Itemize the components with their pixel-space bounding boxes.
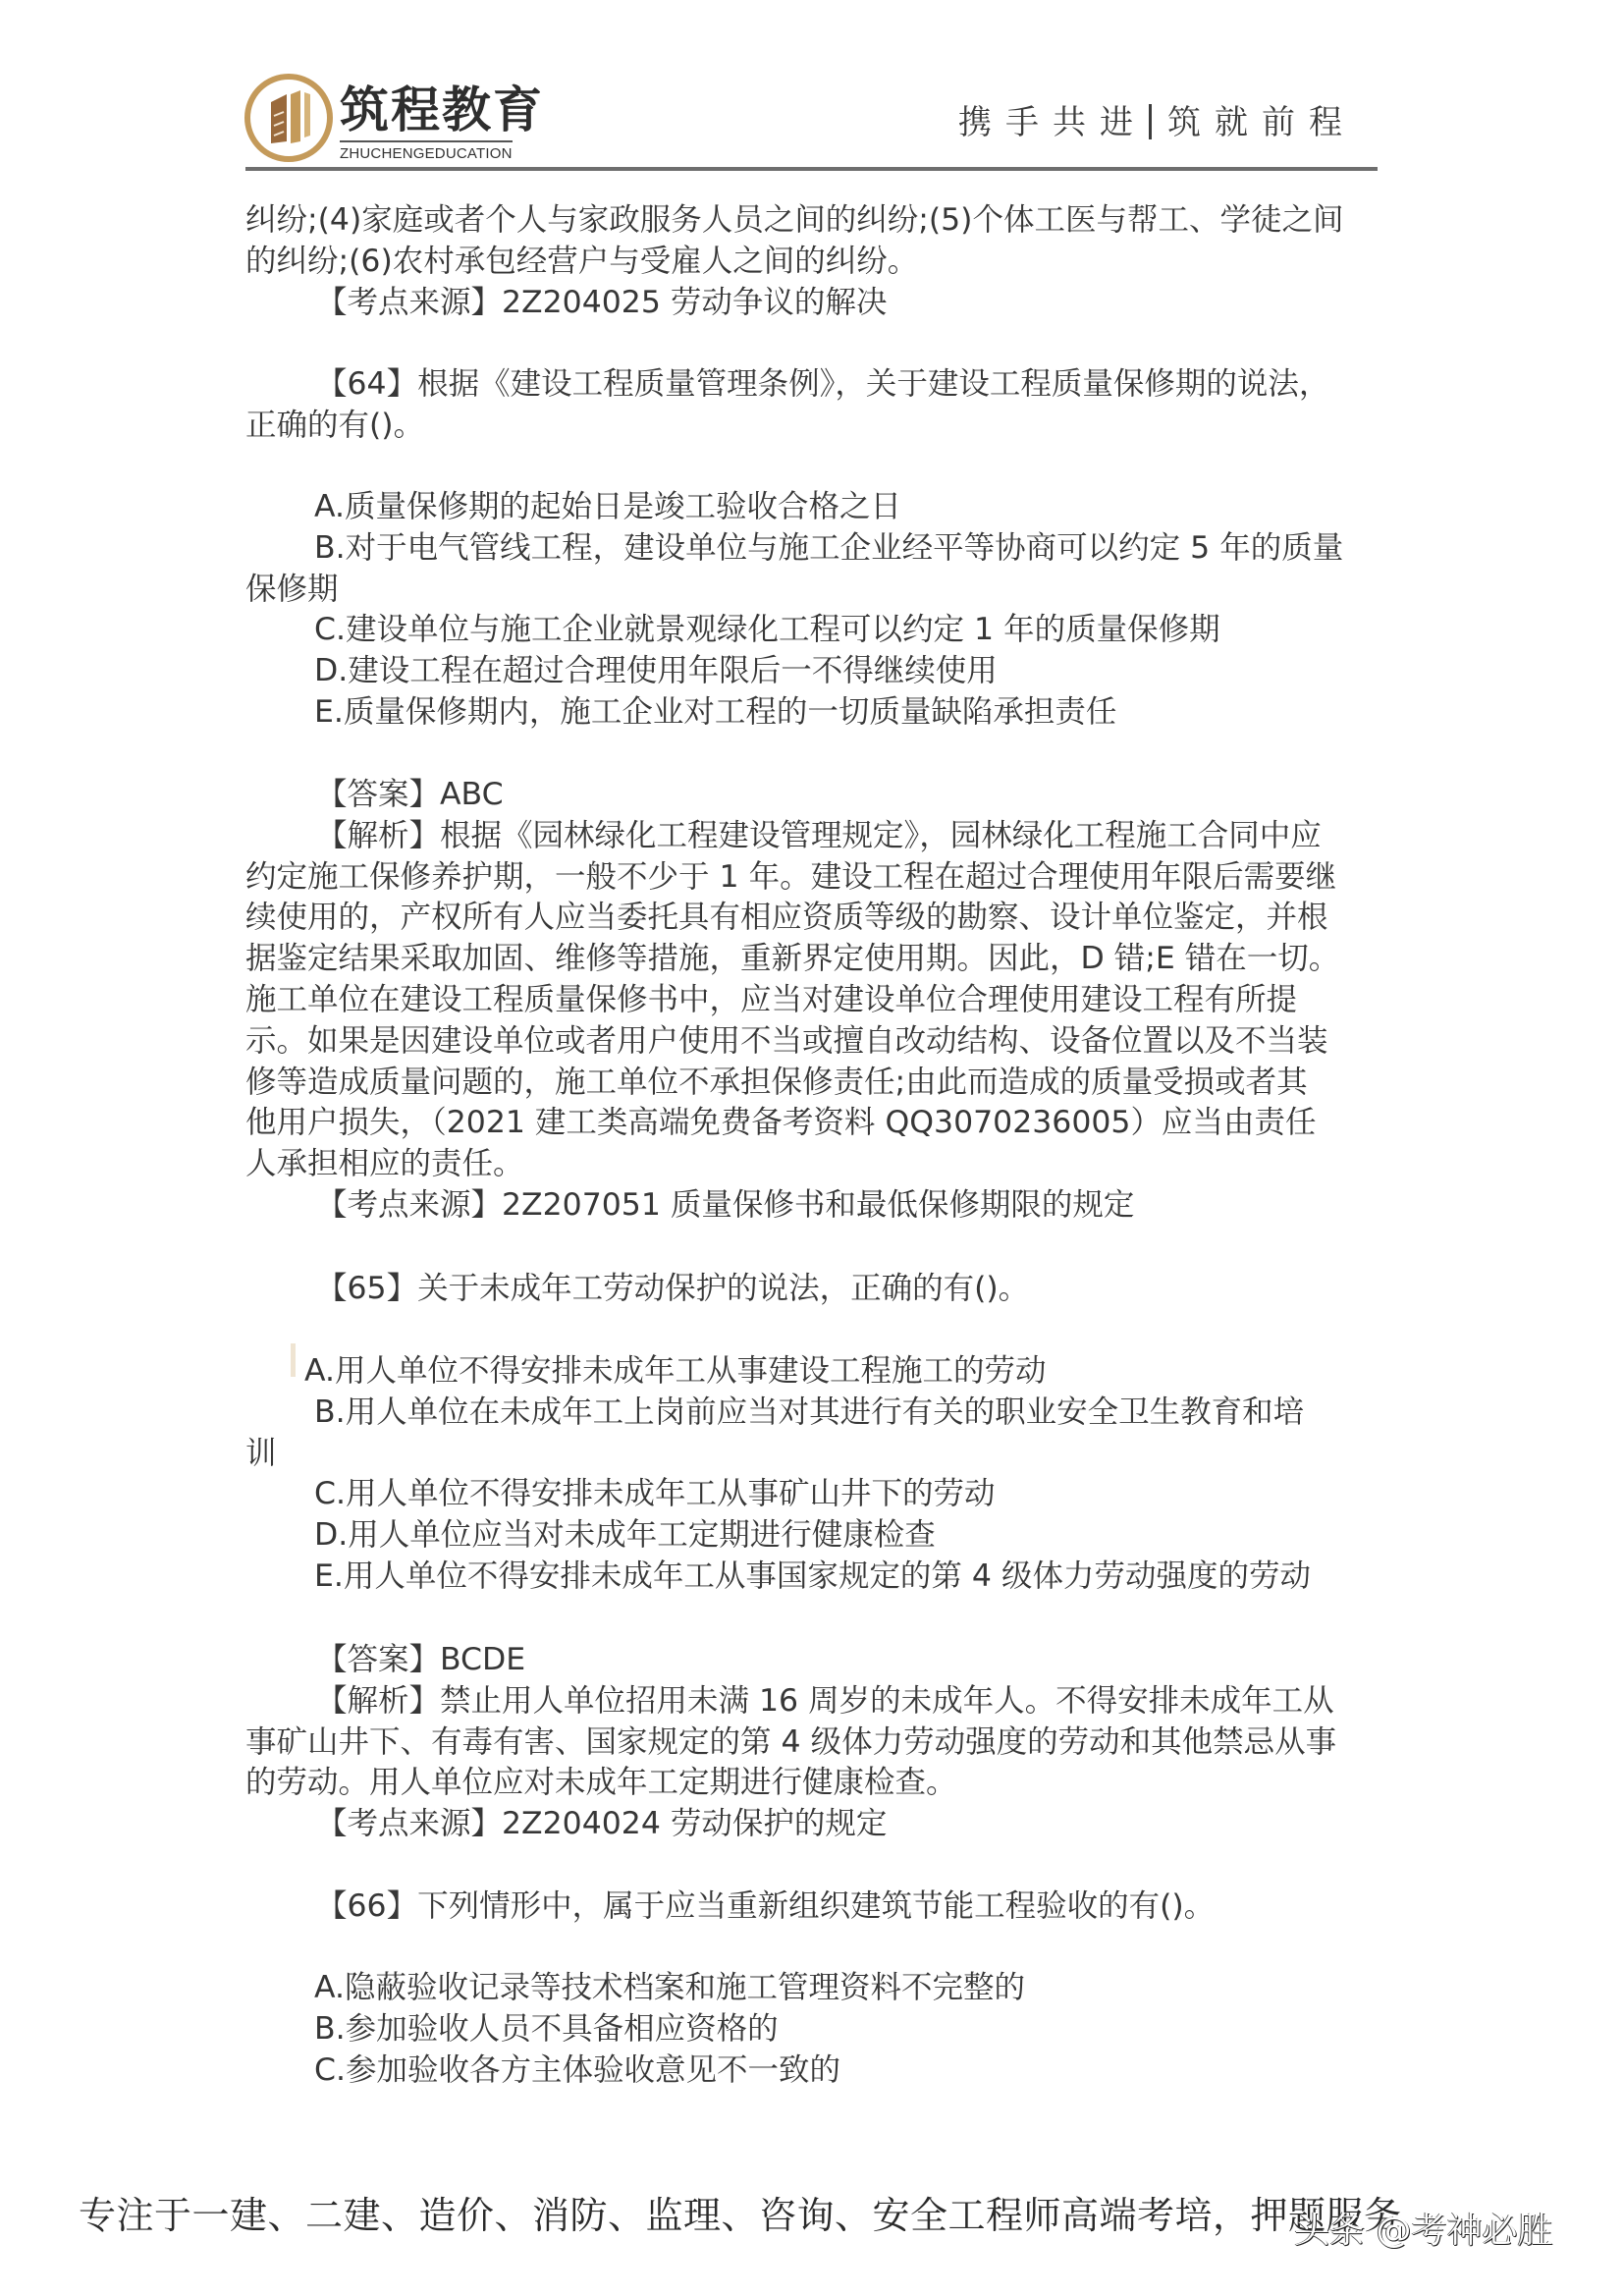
option-e: E.用人单位不得安排未成年工从事国家规定的第 4 级体力劳动强度的劳动 xyxy=(245,1557,1394,1598)
answer-line: 【答案】ABC xyxy=(245,775,1394,816)
text-line: 的纠纷;(6)农村承包经营户与受雇人之间的纠纷。 xyxy=(245,242,1394,283)
question-64-options: A.质量保修期的起始日是竣工验收合格之日 B.对于电气管线工程，建设单位与施工企… xyxy=(245,487,1394,734)
analysis-line: 修等造成质量问题的，施工单位不承担保修责任;由此而造成的质量受损或者其 xyxy=(245,1063,1394,1104)
analysis-line: 据鉴定结果采取加固、维修等措施，重新界定使用期。因此，D 错;E 错在一切。 xyxy=(245,939,1394,980)
option-c: C.参加验收各方主体验收意见不一致的 xyxy=(245,2050,1394,2092)
analysis-line: 示。如果是因建设单位或者用户使用不当或擅自改动结构、设备位置以及不当装 xyxy=(245,1021,1394,1063)
intro-paragraph: 纠纷;(4)家庭或者个人与家政服务人员之间的纠纷;(5)个体工医与帮工、学徒之间… xyxy=(245,200,1394,323)
option-c: C.用人单位不得安排未成年工从事矿山井下的劳动 xyxy=(245,1474,1394,1515)
tagline-left: 携手共进 xyxy=(958,103,1147,142)
source-line: 【考点来源】2Z207051 质量保修书和最低保修期限的规定 xyxy=(245,1185,1394,1227)
analysis-line: 【解析】根据《园林绿化工程建设管理规定》，园林绿化工程施工合同中应 xyxy=(245,816,1394,857)
watermark: 头条 @考神必胜 xyxy=(1294,2210,1552,2253)
analysis-line: 施工单位在建设工程质量保修书中，应当对建设单位合理使用建设工程有所提 xyxy=(245,980,1394,1021)
question-65-answer: 【答案】BCDE 【解析】禁止用人单位招用未满 16 周岁的未成年人。不得安排未… xyxy=(245,1640,1394,1845)
brand-name: 筑程教育 xyxy=(340,82,544,137)
option-b-continued: 训 xyxy=(245,1434,1394,1475)
option-e: E.质量保修期内，施工企业对工程的一切质量缺陷承担责任 xyxy=(245,692,1394,734)
option-b-continued: 保修期 xyxy=(245,570,1394,611)
question-stem: 【64】根据《建设工程质量管理条例》，关于建设工程质量保修期的说法， xyxy=(245,364,1394,406)
analysis-line: 约定施工保修养护期，一般不少于 1 年。建设工程在超过合理使用年限后需要继 xyxy=(245,857,1394,899)
question-stem: 【65】关于未成年工劳动保护的说法，正确的有()。 xyxy=(245,1269,1394,1310)
option-a: A.质量保修期的起始日是竣工验收合格之日 xyxy=(245,487,1394,528)
analysis-line: 续使用的，产权所有人应当委托具有相应资质等级的勘察、设计单位鉴定，并根 xyxy=(245,898,1394,939)
analysis-line: 人承担相应的责任。 xyxy=(245,1144,1394,1185)
question-65-options: A.用人单位不得安排未成年工从事建设工程施工的劳动 B.用人单位在未成年工上岗前… xyxy=(245,1351,1394,1598)
question-64: 【64】根据《建设工程质量管理条例》，关于建设工程质量保修期的说法， 正确的有(… xyxy=(245,364,1394,447)
analysis-line: 事矿山井下、有毒有害、国家规定的第 4 级体力劳动强度的劳动和其他禁忌从事 xyxy=(245,1722,1394,1764)
answer-line: 【答案】BCDE xyxy=(245,1640,1394,1681)
source-line: 【考点来源】2Z204024 劳动保护的规定 xyxy=(245,1804,1394,1845)
text-line: 纠纷;(4)家庭或者个人与家政服务人员之间的纠纷;(5)个体工医与帮工、学徒之间 xyxy=(245,200,1394,242)
analysis-line: 他用户损失，（2021 建工类高端免费备考资料 QQ3070236005）应当由… xyxy=(245,1103,1394,1144)
option-b: B.用人单位在未成年工上岗前应当对其进行有关的职业安全卫生教育和培 xyxy=(245,1393,1394,1434)
option-a: A.用人单位不得安排未成年工从事建设工程施工的劳动 xyxy=(245,1351,1394,1393)
option-b: B.参加验收人员不具备相应资格的 xyxy=(245,2009,1394,2050)
tagline-right: 筑就前程 xyxy=(1167,103,1356,142)
brand-divider xyxy=(340,140,513,142)
footer-slogan: 专注于一建、二建、造价、消防、监理、咨询、安全工程师高端考培，押题服务 xyxy=(79,2192,1402,2239)
brand-english-name: ZHUCHENGEDUCATION xyxy=(340,145,513,162)
question-stem: 【66】下列情形中，属于应当重新组织建筑节能工程验收的有()。 xyxy=(245,1886,1394,1928)
zhucheng-logo-icon xyxy=(243,73,334,163)
question-64-answer: 【答案】ABC 【解析】根据《园林绿化工程建设管理规定》，园林绿化工程施工合同中… xyxy=(245,775,1394,1227)
option-d: D.用人单位应当对未成年工定期进行健康检查 xyxy=(245,1515,1394,1557)
option-b: B.对于电气管线工程，建设单位与施工企业经平等协商可以约定 5 年的质量 xyxy=(245,528,1394,570)
option-a: A.隐蔽验收记录等技术档案和施工管理资料不完整的 xyxy=(245,1968,1394,2009)
question-66: 【66】下列情形中，属于应当重新组织建筑节能工程验收的有()。 xyxy=(245,1886,1394,1928)
question-65: 【65】关于未成年工劳动保护的说法，正确的有()。 xyxy=(245,1269,1394,1310)
analysis-line: 的劳动。用人单位应对未成年工定期进行健康检查。 xyxy=(245,1763,1394,1804)
tagline: 携手共进筑就前程 xyxy=(958,101,1356,144)
option-d: D.建设工程在超过合理使用年限后一不得继续使用 xyxy=(245,651,1394,692)
question-stem: 正确的有()。 xyxy=(245,406,1394,447)
source-line: 【考点来源】2Z204025 劳动争议的解决 xyxy=(245,283,1394,324)
analysis-line: 【解析】禁止用人单位招用未满 16 周岁的未成年人。不得安排未成年工从 xyxy=(245,1681,1394,1722)
tagline-separator xyxy=(1149,104,1152,139)
question-66-options: A.隐蔽验收记录等技术档案和施工管理资料不完整的 B.参加验收人员不具备相应资格… xyxy=(245,1968,1394,2091)
header-divider xyxy=(245,167,1378,171)
option-c: C.建设单位与施工企业就景观绿化工程可以约定 1 年的质量保修期 xyxy=(245,610,1394,651)
